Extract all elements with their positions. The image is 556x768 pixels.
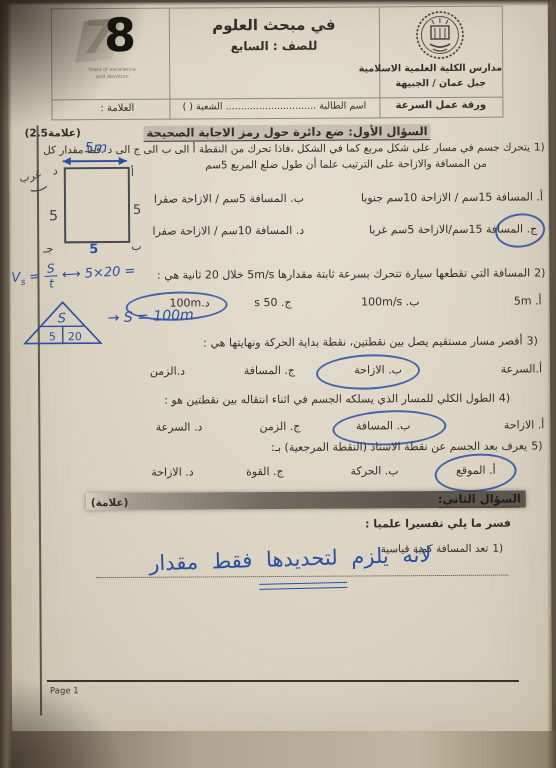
section2-title: السؤال الثاني: bbox=[438, 492, 521, 509]
q2-handwritten-formula: Vs = S t ⟷ 5×20 = bbox=[11, 258, 136, 292]
q2-text: المسافة التي تقطعها سيارة تتحرك بسرعة ثا… bbox=[157, 266, 530, 282]
q1-diagram-side-left: 5 bbox=[49, 208, 58, 224]
q1-diagram-corner-j: جـ bbox=[42, 242, 53, 255]
q3-answer-circle bbox=[315, 352, 420, 391]
q5-answer-circle bbox=[433, 451, 518, 495]
q2-number: 2) bbox=[534, 266, 545, 280]
q3-line: 3) أقصر مسار مستقيم يصل بين نقطتين، نقطة… bbox=[203, 334, 538, 350]
q2-hw-frac-num: S bbox=[43, 262, 57, 277]
section-label: الشعبة ( ) bbox=[183, 101, 223, 112]
school-branch: جبل عمان / الجبيهة bbox=[379, 78, 502, 91]
q5-number: 5) bbox=[531, 439, 542, 453]
student-name-label: اسم الطالبة bbox=[319, 100, 366, 111]
q1-option-d: د. المسافة 10سم / الازاحة صفرا bbox=[152, 224, 304, 239]
grade-line: للصف : السابع bbox=[169, 38, 379, 54]
q2-hw-frac-den: t bbox=[44, 276, 58, 290]
q5-text: يعرف بعد الجسم عن نقطة الاسناد (النقطة ا… bbox=[271, 439, 527, 454]
q2-handwritten-result: → S = 100m bbox=[107, 307, 194, 327]
student-name-dots: .............................. bbox=[226, 101, 317, 113]
q2-line: 2) المسافة التي تقطعها سيارة تتحرك بسرعة… bbox=[157, 266, 546, 282]
q2-triangle-right: 20 bbox=[68, 330, 82, 343]
section2-item1-number: 1) bbox=[492, 543, 503, 556]
q4-line: 4) الطول الكلي للمسار الذي يسلكه الجسم ف… bbox=[164, 392, 510, 408]
q1-diagram-corner-d: د bbox=[53, 164, 58, 177]
answer-double-underline bbox=[259, 582, 347, 590]
q3-number: 3) bbox=[527, 334, 538, 348]
school-name: مدارس الكلية العلمية الاسلامية bbox=[379, 63, 502, 76]
q4-option-c: ج. الزمن bbox=[259, 420, 300, 434]
q1-square-diagram: 5m أ د ب جـ 5 5 5 غرب bbox=[17, 136, 150, 257]
photo-shadow-bottom-left bbox=[0, 678, 120, 768]
q4-text: الطول الكلي للمسار الذي يسلكه الجسم في ا… bbox=[164, 392, 495, 408]
q2-hw-arrow: ⟷ bbox=[62, 267, 81, 283]
q2-triangle-aid: S 5 20 bbox=[22, 299, 104, 348]
q4-number: 4) bbox=[499, 392, 510, 406]
q4-option-d: د. السرعة bbox=[156, 420, 203, 434]
q1-title: السؤال الأول: ضع دائرة حول رمز الاجابة ا… bbox=[143, 124, 430, 142]
q5-option-c: ج. القوة bbox=[246, 465, 284, 479]
q2-hw-vsub: s bbox=[20, 278, 25, 288]
q2-hw-v: V bbox=[11, 270, 21, 285]
q3-option-d: د.الزمن bbox=[150, 365, 185, 379]
q2-triangle-left: 5 bbox=[49, 330, 56, 343]
q3-option-a: أ.السرعة bbox=[501, 362, 542, 376]
q5-option-d: د. الازاحة bbox=[151, 466, 193, 480]
q2-option-b: ب. 100m/s bbox=[361, 295, 420, 309]
subject-title: في مبحث العلوم bbox=[169, 15, 379, 35]
q5-line: 5) يعرف بعد الجسم عن نقطة الاسناد (النقط… bbox=[271, 439, 543, 454]
photo-shadow-right bbox=[547, 0, 556, 768]
section2-instruction: فسر ما يلي تفسيرا علميا : bbox=[365, 517, 511, 532]
student-name-row: اسم الطالبة ............................… bbox=[169, 100, 379, 113]
q2-hw-eq: = bbox=[29, 269, 41, 285]
q2-option-a: أ. 5m bbox=[514, 294, 542, 308]
q1-answer-circle bbox=[493, 211, 546, 250]
q1-diagram-west-note: غرب bbox=[18, 167, 43, 185]
section2-marks: (علامة) bbox=[91, 497, 129, 510]
q1-diagram-top-length: 5m bbox=[85, 140, 108, 156]
q2-option-c: ج. 50 s bbox=[254, 296, 291, 310]
q1-option-b: ب. المسافة 5سم / الازاحة صفرا bbox=[154, 192, 304, 207]
q1-option-a: أ. المسافة 15سم / الازاحة 10سم جنوبا bbox=[361, 190, 543, 205]
q2-triangle-top: S bbox=[58, 311, 66, 326]
q5-option-b: ب. الحركة bbox=[351, 464, 399, 478]
q3-text: أقصر مسار مستقيم يصل بين نقطتين، نقطة بد… bbox=[203, 335, 522, 351]
q1-number: 1) bbox=[534, 141, 545, 154]
q2-hw-calc: 5×20 = bbox=[84, 264, 136, 282]
school-emblem-icon bbox=[414, 9, 466, 63]
q1-diagram-side-right: 5 bbox=[133, 203, 141, 218]
q1-diagram-side-bottom: 5 bbox=[89, 242, 98, 256]
worksheet-title: ورقة عمل السرعة bbox=[379, 100, 502, 113]
q4-option-a: أ. الازاحة bbox=[504, 418, 545, 432]
photo-shadow-top-left bbox=[0, 0, 150, 130]
q3-option-c: ج. المسافة bbox=[244, 364, 295, 378]
scanned-worksheet-photo: مدارس الكلية العلمية الاسلامية جبل عمان … bbox=[0, 0, 556, 768]
q1-line2: من المسافة والازاحة على الترتيب علما أن … bbox=[205, 158, 487, 173]
q1-diagram-corner-a: أ bbox=[131, 165, 134, 179]
q1-diagram-corner-b: ب bbox=[131, 240, 141, 253]
